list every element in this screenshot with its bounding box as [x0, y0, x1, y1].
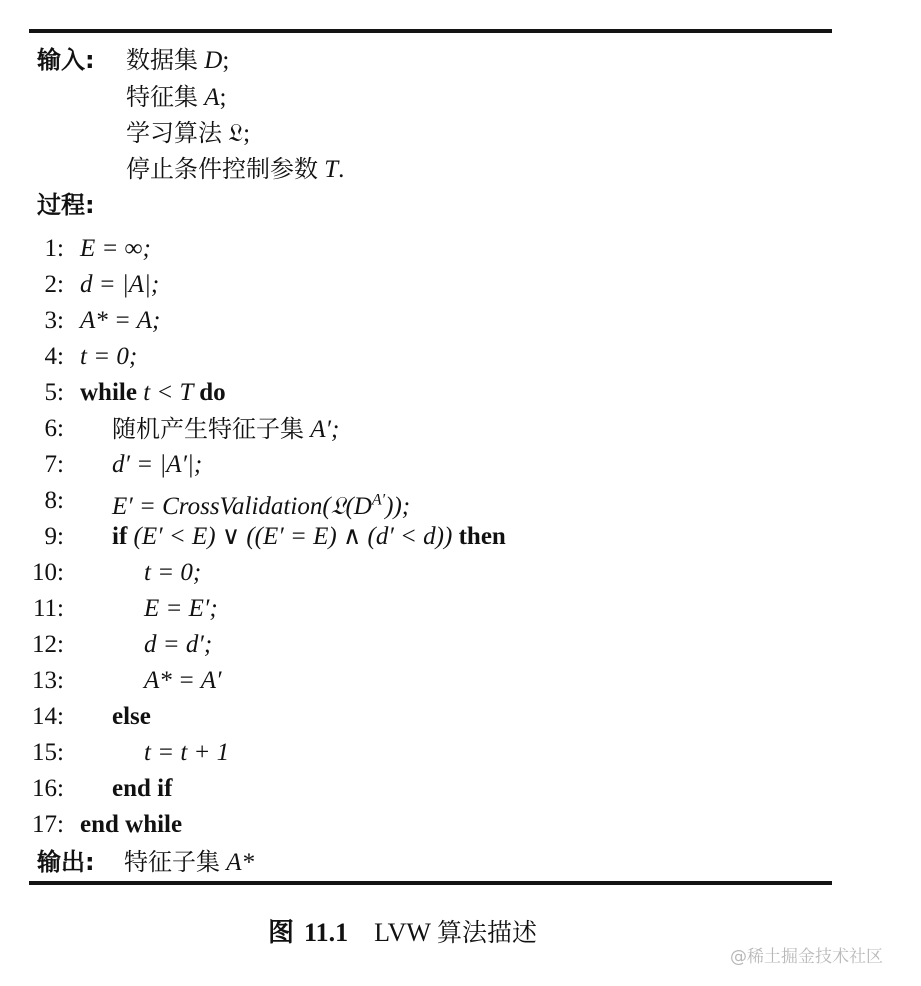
step-cjk-text: 随机产生特征子集 — [112, 415, 304, 443]
step-code: E = ∞; — [80, 232, 151, 266]
step-expression: E′ = CrossValidation(𝔏(DA′)); — [112, 493, 410, 520]
algorithm-step: 8:E′ = CrossValidation(𝔏(DA′)); — [0, 484, 900, 518]
input-var: T — [324, 156, 338, 183]
keyword: do — [199, 379, 225, 406]
algorithm-step: 4:t = 0; — [0, 340, 900, 374]
step-code: while t < T do — [80, 376, 226, 410]
step-code: t = t + 1 — [144, 736, 229, 770]
step-code: end if — [112, 772, 172, 806]
input-var: 𝔏 — [228, 120, 243, 147]
step-number: 1: — [0, 232, 64, 266]
step-expression: t = t + 1 — [144, 739, 229, 766]
input-item-dataset: 数据集 D; — [126, 43, 229, 77]
step-expression: E = ∞; — [80, 235, 151, 262]
step-code: else — [112, 700, 151, 734]
step-expression: A* = A; — [80, 307, 160, 334]
step-number: 13: — [0, 664, 64, 698]
step-number: 9: — [0, 520, 64, 554]
keyword: if — [112, 523, 127, 550]
step-code: t = 0; — [144, 556, 201, 590]
algorithm-step: 2:d = |A|; — [0, 268, 900, 302]
keyword: end while — [80, 811, 182, 838]
step-code: d = d′; — [144, 628, 212, 662]
step-number: 8: — [0, 484, 64, 518]
process-label: 过程: — [37, 188, 95, 222]
input-text: 学习算法 — [126, 119, 222, 147]
step-expression: d = |A|; — [80, 271, 159, 298]
keyword: while — [80, 379, 137, 406]
caption-fig-label: 图 — [268, 918, 294, 948]
input-end: . — [338, 156, 344, 183]
input-end: ; — [220, 84, 227, 111]
step-expression: d = d′; — [144, 631, 212, 658]
input-item-learner: 学习算法 𝔏; — [126, 116, 250, 150]
caption-title: LVW 算法描述 — [374, 918, 537, 947]
output-var: A* — [226, 849, 254, 876]
output-text: 特征子集 — [124, 848, 220, 876]
algorithm-step: 7:d′ = |A′|; — [0, 448, 900, 482]
step-number: 17: — [0, 808, 64, 842]
algorithm-step: 5:while t < T do — [0, 376, 900, 410]
step-number: 14: — [0, 700, 64, 734]
input-text: 停止条件控制参数 — [126, 155, 318, 183]
watermark: @稀土掘金技术社区 — [730, 942, 883, 967]
algorithm-step: 9:if (E′ < E) ∨ ((E′ = E) ∧ (d′ < d)) th… — [0, 520, 900, 554]
step-number: 16: — [0, 772, 64, 806]
step-expression: E = E′; — [144, 595, 218, 622]
step-number: 3: — [0, 304, 64, 338]
step-number: 11: — [0, 592, 64, 626]
step-expression: d′ = |A′|; — [112, 451, 202, 478]
input-end: ; — [243, 120, 250, 147]
step-code: t = 0; — [80, 340, 137, 374]
input-end: ; — [222, 47, 229, 74]
algorithm-step: 3:A* = A; — [0, 304, 900, 338]
algorithm-step: 16:end if — [0, 772, 900, 806]
algorithm-step: 10:t = 0; — [0, 556, 900, 590]
step-number: 15: — [0, 736, 64, 770]
input-var: A — [204, 84, 219, 111]
caption-title-latin: LVW — [374, 918, 430, 947]
algorithm-step: 11:E = E′; — [0, 592, 900, 626]
input-text: 特征集 — [126, 83, 198, 111]
output-item: 特征子集 A* — [124, 845, 254, 879]
input-label: 输入: — [37, 43, 95, 77]
step-code: d = |A|; — [80, 268, 159, 302]
step-code: E = E′; — [144, 592, 218, 626]
input-item-featureset: 特征集 A; — [126, 80, 226, 114]
algorithm-step: 17:end while — [0, 808, 900, 842]
step-number: 7: — [0, 448, 64, 482]
step-expression: t < T — [137, 379, 199, 406]
caption-title-cjk: 算法描述 — [437, 918, 537, 947]
algorithm-step: 12:d = d′; — [0, 628, 900, 662]
input-item-stop-param: 停止条件控制参数 T. — [126, 152, 344, 186]
keyword: else — [112, 703, 151, 730]
algorithm-step: 15:t = t + 1 — [0, 736, 900, 770]
input-var: D — [204, 47, 222, 74]
step-number: 2: — [0, 268, 64, 302]
keyword: then — [459, 523, 506, 550]
step-code: A* = A; — [80, 304, 160, 338]
keyword: end if — [112, 775, 172, 802]
step-expression: A* = A′ — [144, 667, 221, 694]
algorithm-step: 1:E = ∞; — [0, 232, 900, 266]
step-code: E′ = CrossValidation(𝔏(DA′)); — [112, 484, 410, 524]
top-rule — [29, 29, 832, 33]
step-expression: t = 0; — [80, 343, 137, 370]
input-text: 数据集 — [126, 46, 198, 74]
algorithm-step: 14:else — [0, 700, 900, 734]
step-expression: A′; — [304, 416, 339, 443]
algorithm-step: 6:随机产生特征子集 A′; — [0, 412, 900, 446]
step-number: 4: — [0, 340, 64, 374]
step-code: 随机产生特征子集 A′; — [112, 412, 339, 447]
step-expression: (E′ < E) ∨ ((E′ = E) ∧ (d′ < d)) — [127, 523, 458, 550]
figure-caption: 图11.1LVW 算法描述 — [268, 912, 537, 949]
step-number: 12: — [0, 628, 64, 662]
step-number: 6: — [0, 412, 64, 446]
step-expression: t = 0; — [144, 559, 201, 586]
output-label: 输出: — [37, 845, 95, 879]
algorithm-step: 13:A* = A′ — [0, 664, 900, 698]
bottom-rule — [29, 881, 832, 885]
step-number: 5: — [0, 376, 64, 410]
step-code: end while — [80, 808, 182, 842]
caption-number: 11.1 — [304, 918, 348, 947]
step-code: d′ = |A′|; — [112, 448, 202, 482]
step-number: 10: — [0, 556, 64, 590]
step-code: if (E′ < E) ∨ ((E′ = E) ∧ (d′ < d)) then — [112, 520, 506, 554]
step-code: A* = A′ — [144, 664, 221, 698]
